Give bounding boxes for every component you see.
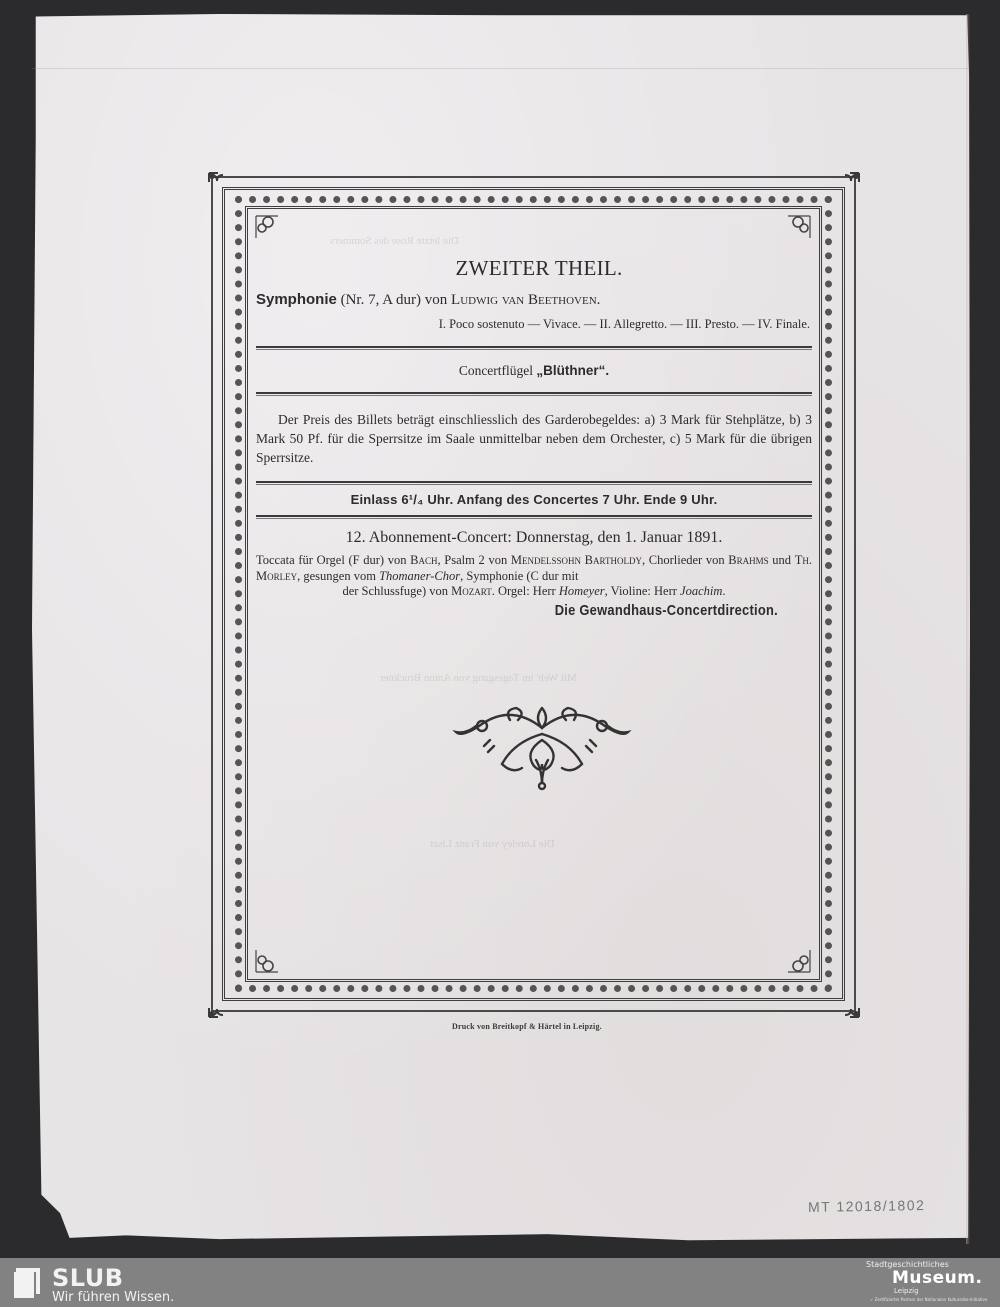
symphony-composer: Ludwig van Beethoven. bbox=[451, 292, 600, 308]
program-text: , gesungen vom bbox=[297, 569, 379, 583]
shelfmark-annotation: MT 12018/1802 bbox=[808, 1197, 926, 1215]
vignette-ornament-icon bbox=[450, 700, 634, 792]
piano-note: Concertflügel „Blüthner“. bbox=[256, 363, 812, 379]
signature: Die Gewandhaus-Concertdirection. bbox=[329, 602, 778, 619]
program-text: . Orgel: Herr bbox=[492, 584, 559, 598]
program-text: Toccata für Orgel (F dur) von bbox=[256, 553, 410, 567]
program-text: . bbox=[722, 584, 725, 598]
composer-name: Bach bbox=[410, 553, 437, 567]
choir-name: Thomaner-Chor bbox=[379, 569, 460, 583]
program-text: , Psalm 2 von bbox=[438, 553, 511, 567]
inner-corner-flourish-icon bbox=[254, 214, 280, 240]
movements-list: I. Poco sostenuto — Vivace. — II. Allegr… bbox=[256, 317, 810, 332]
piano-brand: „Blüthner“. bbox=[536, 363, 609, 378]
divider-rule bbox=[256, 392, 812, 396]
corner-ornament-icon bbox=[832, 990, 862, 1020]
slub-tagline: Wir führen Wissen. bbox=[52, 1290, 174, 1305]
composer-name: Brahms bbox=[728, 553, 768, 567]
piano-prefix: Concertflügel bbox=[459, 363, 533, 378]
concert-program: ZWEITER THEIL. Symphonie (Nr. 7, A dur) … bbox=[256, 240, 812, 619]
composer-name: Mozart bbox=[451, 584, 492, 598]
program-text: , Chorlieder von bbox=[642, 553, 728, 567]
symphony-label: Symphonie bbox=[256, 291, 337, 308]
museum-certification: ✓ Zertifizierter Partner der Nationalen … bbox=[870, 1297, 987, 1302]
footer-bar: SLUB Wir führen Wissen. bbox=[0, 1258, 1000, 1307]
performer-name: Joachim bbox=[680, 584, 722, 598]
inner-corner-flourish-icon bbox=[254, 948, 280, 974]
next-concert-program-last-line: der Schlussfuge) von Mozart. Orgel: Herr… bbox=[256, 584, 812, 600]
composer-name: Mendelssohn Bartholdy bbox=[511, 553, 642, 567]
symphony-detail: (Nr. 7, A dur) von bbox=[341, 292, 448, 308]
next-concert-program: Toccata für Orgel (F dur) von Bach, Psal… bbox=[256, 553, 812, 584]
program-text: der Schlussfuge) von bbox=[342, 584, 451, 598]
inner-corner-flourish-icon bbox=[786, 214, 812, 240]
museum-wordmark[interactable]: Museum. bbox=[892, 1268, 982, 1288]
inner-corner-flourish-icon bbox=[786, 948, 812, 974]
corner-ornament-icon bbox=[206, 170, 236, 200]
performer-name: Homeyer bbox=[559, 584, 605, 598]
paper-edge-shadow bbox=[966, 14, 970, 1244]
museum-city: Leipzig bbox=[894, 1287, 919, 1295]
slub-wordmark[interactable]: SLUB bbox=[52, 1264, 124, 1292]
corner-ornament-icon bbox=[832, 170, 862, 200]
symphony-line: Symphonie (Nr. 7, A dur) von Ludwig van … bbox=[256, 291, 812, 309]
program-text: , Symphonie (C dur mit bbox=[460, 569, 578, 583]
slub-logo-icon[interactable] bbox=[14, 1266, 40, 1298]
program-text: , Violine: Herr bbox=[605, 584, 680, 598]
divider-rule bbox=[256, 346, 812, 350]
concert-times: Einlass 6¹/₄ Uhr. Anfang des Concertes 7… bbox=[256, 492, 812, 507]
printer-imprint: Druck von Breitkopf & Härtel in Leipzig. bbox=[452, 1022, 602, 1031]
paper-crease bbox=[32, 68, 970, 69]
section-title: ZWEITER THEIL. bbox=[266, 256, 812, 281]
program-text: und bbox=[769, 553, 795, 567]
divider-rule bbox=[256, 481, 812, 485]
divider-rule bbox=[256, 515, 812, 519]
ticket-price-notice: Der Preis des Billets beträgt einschlies… bbox=[256, 410, 812, 467]
next-concert-heading: 12. Abonnement-Concert: Donnerstag, den … bbox=[256, 529, 812, 547]
corner-ornament-icon bbox=[206, 990, 236, 1020]
